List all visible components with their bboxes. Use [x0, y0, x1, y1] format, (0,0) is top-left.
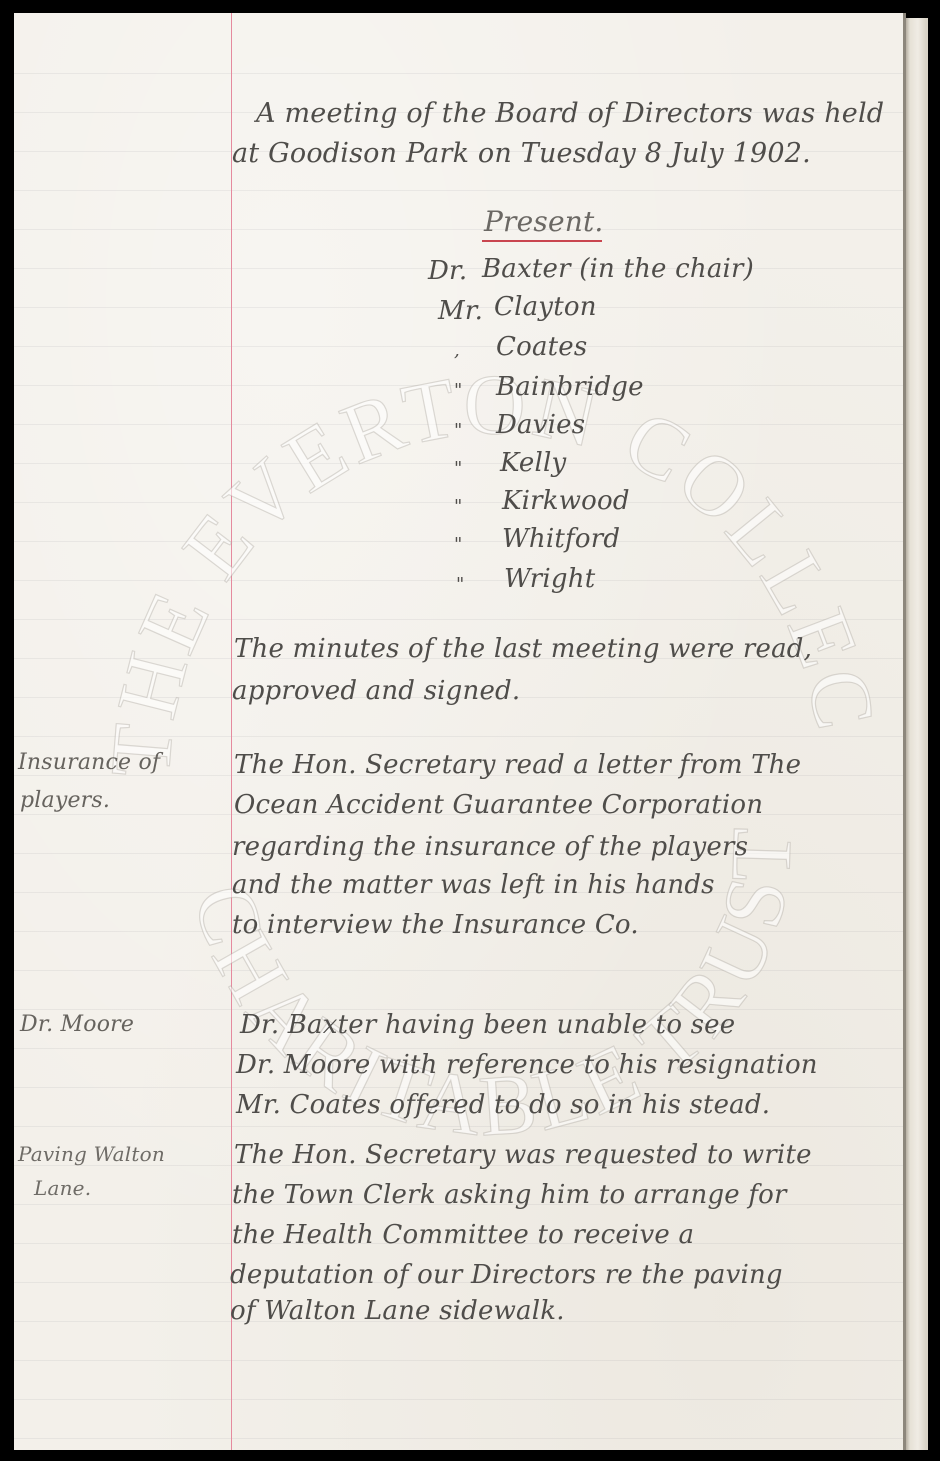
margin-note: Lane. [34, 1178, 91, 1198]
minute-line: to interview the Insurance Co. [232, 912, 639, 938]
attendee-name: Clayton [494, 294, 597, 320]
attendee-name: Bainbridge [496, 374, 644, 400]
minute-line: The Hon. Secretary read a letter from Th… [234, 752, 801, 778]
margin-note: Paving Walton [18, 1144, 165, 1164]
attendee-prefix: Mr. [438, 298, 483, 324]
attendee-prefix: " [454, 382, 462, 400]
header-line-1: A meeting of the Board of Directors was … [256, 100, 884, 127]
minute-line: Dr. Moore with reference to his resignat… [236, 1052, 818, 1078]
minute-line: and the matter was left in his hands [232, 872, 715, 898]
present-heading: Present. [484, 208, 604, 236]
attendee-name: Whitford [502, 526, 620, 552]
minute-line: Mr. Coates offered to do so in his stead… [236, 1092, 770, 1118]
minute-line: deputation of our Directors re the pavin… [230, 1262, 783, 1288]
binding-gutter [906, 18, 928, 1450]
margin-note: Dr. Moore [20, 1014, 134, 1036]
minute-line: Dr. Baxter having been unable to see [240, 1012, 735, 1038]
attendee-name: Davies [496, 412, 585, 438]
minutes-note-line-2: approved and signed. [232, 678, 520, 704]
attendee-name: Kelly [500, 450, 566, 476]
minute-line: The Hon. Secretary was requested to writ… [234, 1142, 812, 1168]
attendee-name: Wright [504, 566, 595, 592]
attendee-prefix: " [454, 498, 462, 516]
margin-note: players. [20, 790, 110, 812]
attendee-prefix: " [456, 576, 464, 594]
attendee-name: Coates [496, 334, 587, 360]
present-underline [482, 240, 602, 242]
minutes-note-line-1: The minutes of the last meeting were rea… [234, 636, 812, 662]
attendee-name: Kirkwood [502, 488, 630, 514]
minute-line: Ocean Accident Guarantee Corporation [234, 792, 763, 818]
margin-note: Insurance of [18, 752, 160, 774]
attendee-prefix: " [454, 536, 462, 554]
minute-line: the Health Committee to receive a [232, 1222, 694, 1248]
attendee-name: Baxter (in the chair) [482, 256, 754, 282]
minute-line: of Walton Lane sidewalk. [230, 1298, 565, 1324]
attendee-prefix: , [454, 342, 460, 360]
minute-line: the Town Clerk asking him to arrange for [232, 1182, 787, 1208]
minute-line: regarding the insurance of the players [232, 834, 748, 860]
attendee-prefix: " [454, 460, 462, 478]
header-line-2: at Goodison Park on Tuesday 8 July 1902. [232, 140, 811, 167]
attendee-prefix: Dr. [428, 258, 467, 284]
attendee-prefix: " [454, 422, 462, 440]
